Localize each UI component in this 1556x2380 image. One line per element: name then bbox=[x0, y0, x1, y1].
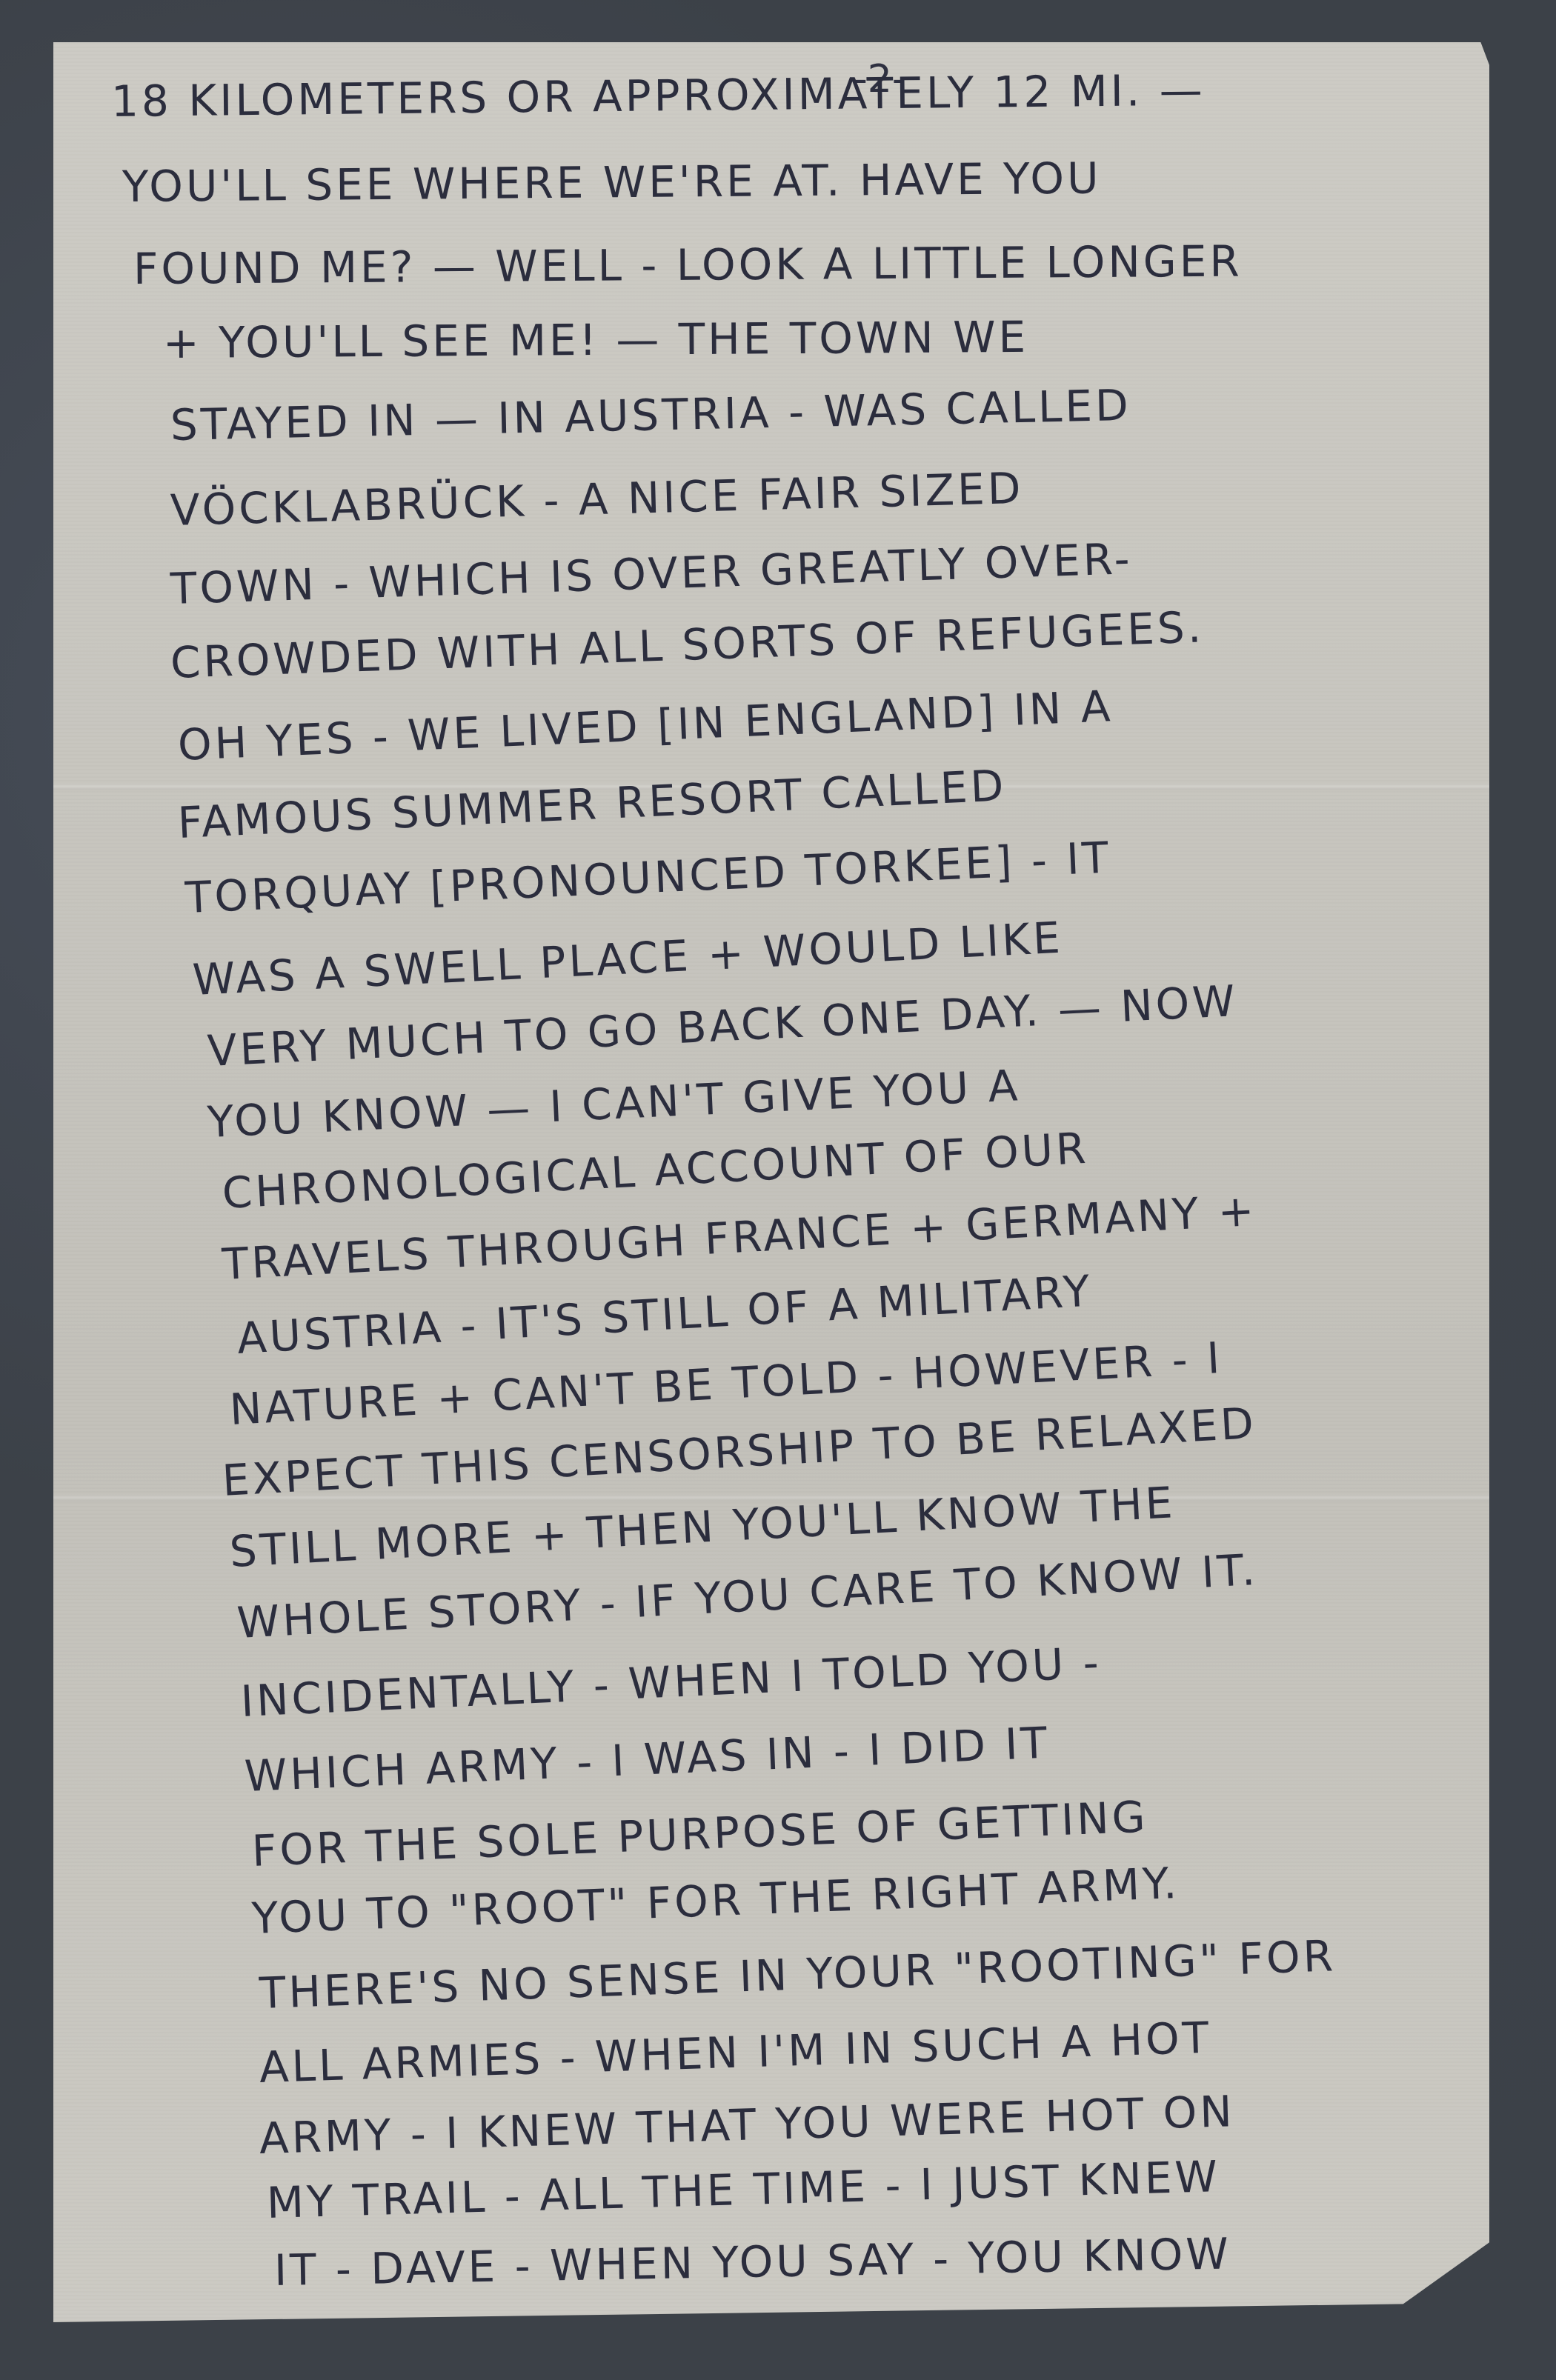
letter-line: Vöcklabrück - A nice fair sized bbox=[170, 463, 1024, 536]
letter-line: which army - I was in - I did it bbox=[244, 1717, 1051, 1801]
letter-line: army - I knew that you were hot on bbox=[259, 2087, 1235, 2164]
letter-line: Torquay [pronounced Torkee] - it bbox=[184, 833, 1113, 923]
letter-line: Incidentally - when I told you - bbox=[239, 1637, 1103, 1727]
letter-line: my trail - all the time - I just knew bbox=[266, 2151, 1221, 2228]
letter-line: all armies - when I'm in such a hot bbox=[259, 2013, 1212, 2093]
letter-line: stayed in — in Austria - was called bbox=[170, 380, 1131, 450]
letter-line: town - which is over greatly over- bbox=[170, 533, 1134, 614]
letter-line: famous summer resort called bbox=[176, 761, 1007, 849]
letter-line: it - Dave - when you say - You know bbox=[273, 2229, 1231, 2296]
letter-line: You'll see where we're at. Have you bbox=[122, 153, 1102, 213]
letter-line: found me? — Well - look a little longer bbox=[133, 236, 1243, 293]
letter-line: There's no sense in your "rooting" for bbox=[259, 1930, 1337, 2019]
letter-page: -2- 18 Kilometers or approximately 12 mi… bbox=[53, 42, 1489, 2322]
letter-line: Oh yes - we lived [in England] in a bbox=[177, 681, 1114, 770]
letter-line: + you'll see me! — The town we bbox=[163, 312, 1029, 368]
letter-line: crowded with all sorts of refugees. bbox=[170, 602, 1205, 689]
letter-line: 18 Kilometers or approximately 12 mi. — bbox=[111, 65, 1206, 127]
